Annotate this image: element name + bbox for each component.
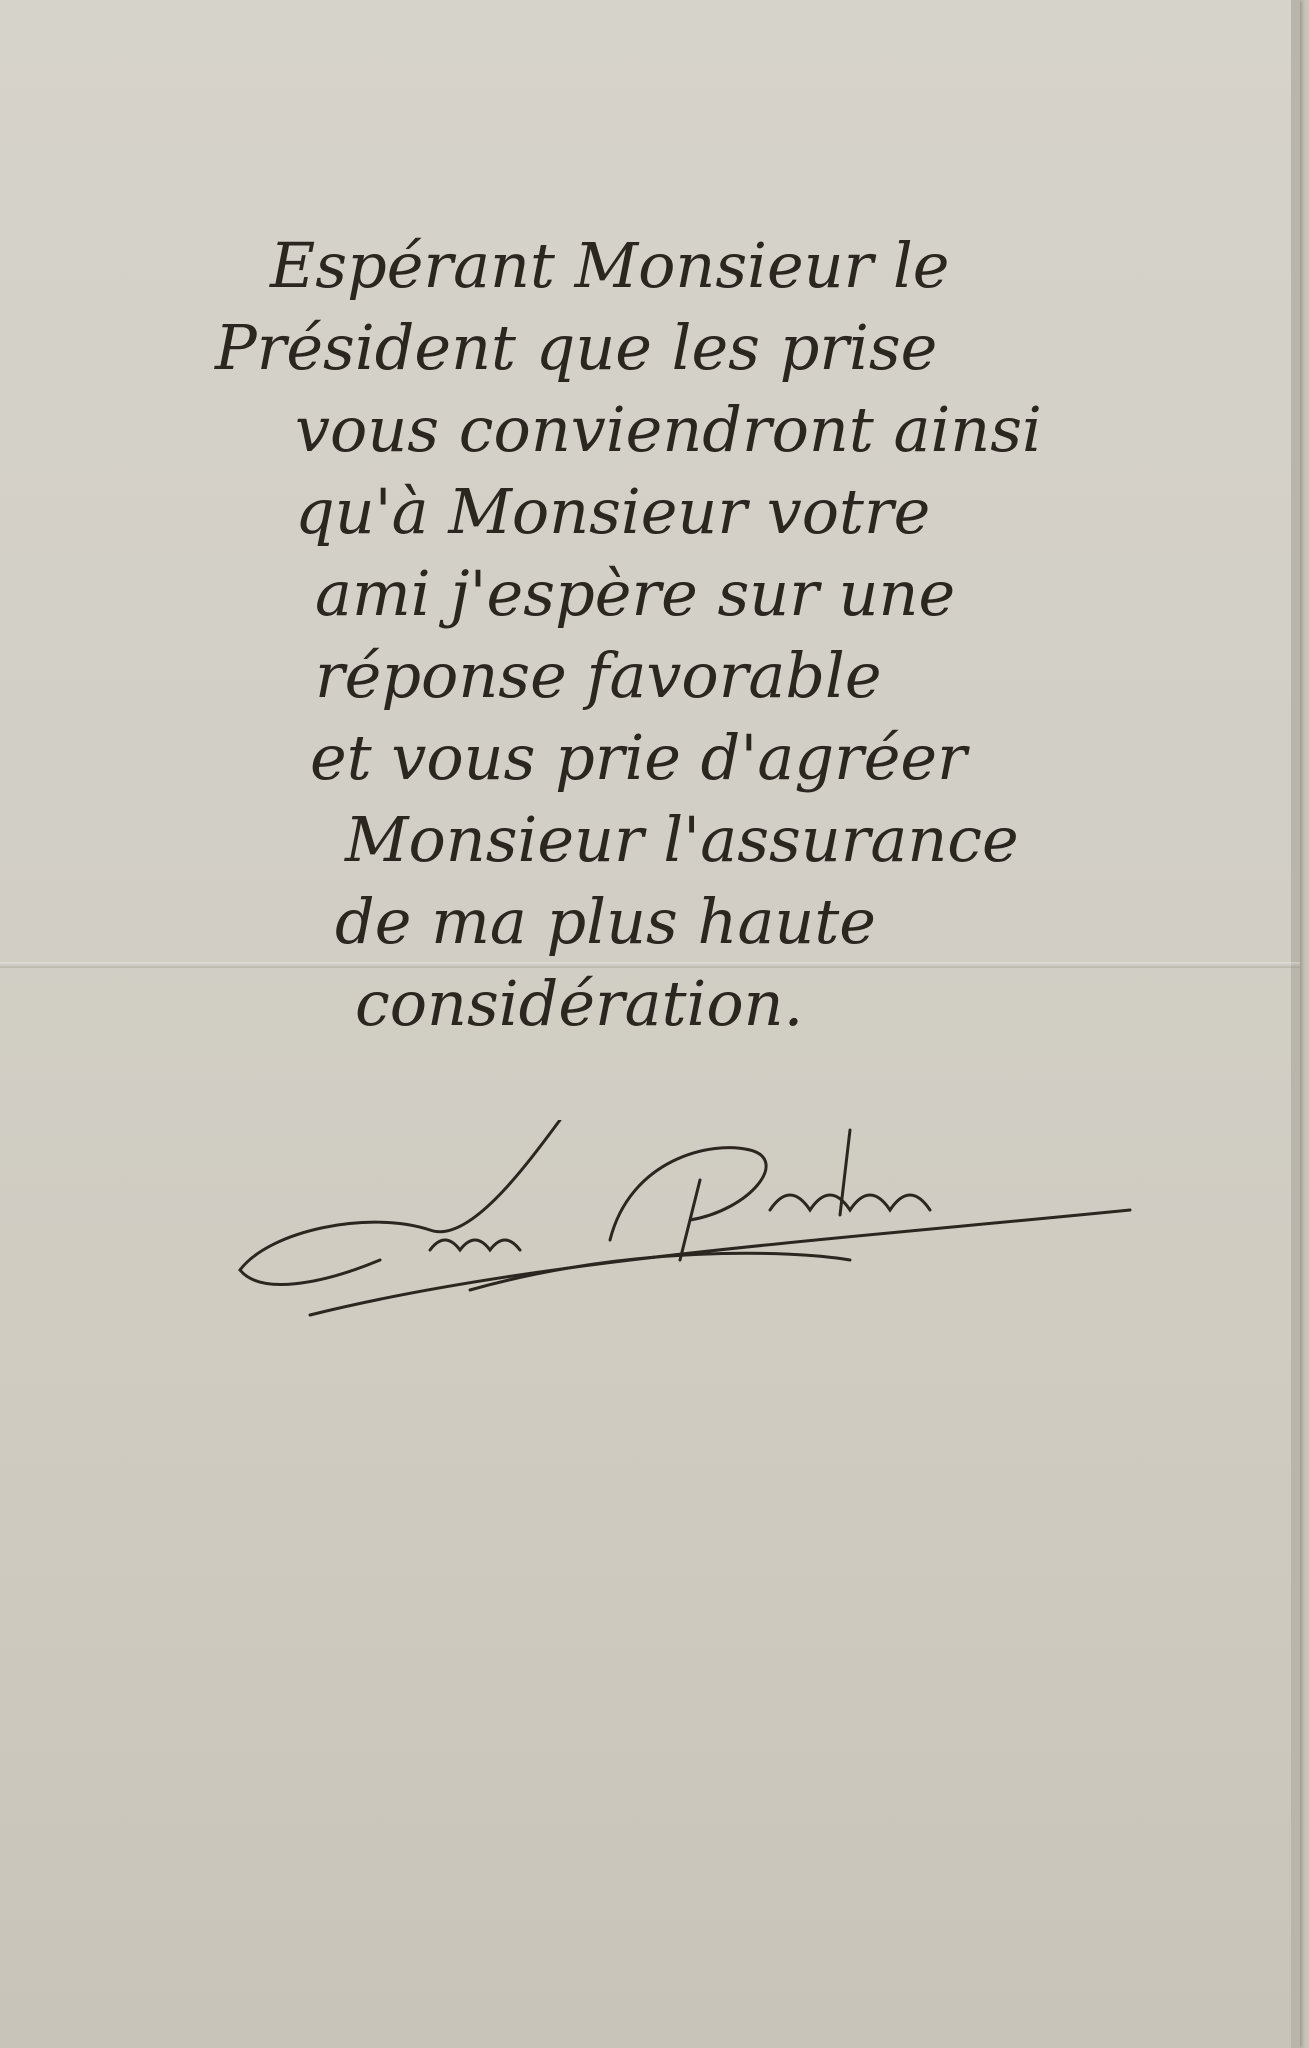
letter-line: de ma plus haute bbox=[215, 881, 1295, 963]
letter-body: Espérant Monsieur le Président que les p… bbox=[215, 225, 1295, 1045]
letter-line: Espérant Monsieur le bbox=[215, 225, 1295, 307]
letter-line: considération. bbox=[215, 963, 1295, 1045]
letter-line: Président que les prise bbox=[215, 307, 1295, 389]
letter-line: qu'à Monsieur votre bbox=[215, 471, 1295, 553]
letter-line: Monsieur l'assurance bbox=[215, 799, 1295, 881]
letter-paper: Espérant Monsieur le Président que les p… bbox=[0, 0, 1300, 2048]
letter-line: vous conviendront ainsi bbox=[215, 389, 1295, 471]
letter-line: ami j'espère sur une bbox=[215, 553, 1295, 635]
signature-flourish bbox=[230, 1120, 1230, 1320]
letter-line: réponse favorable bbox=[215, 635, 1295, 717]
letter-line: et vous prie d'agréer bbox=[215, 717, 1295, 799]
